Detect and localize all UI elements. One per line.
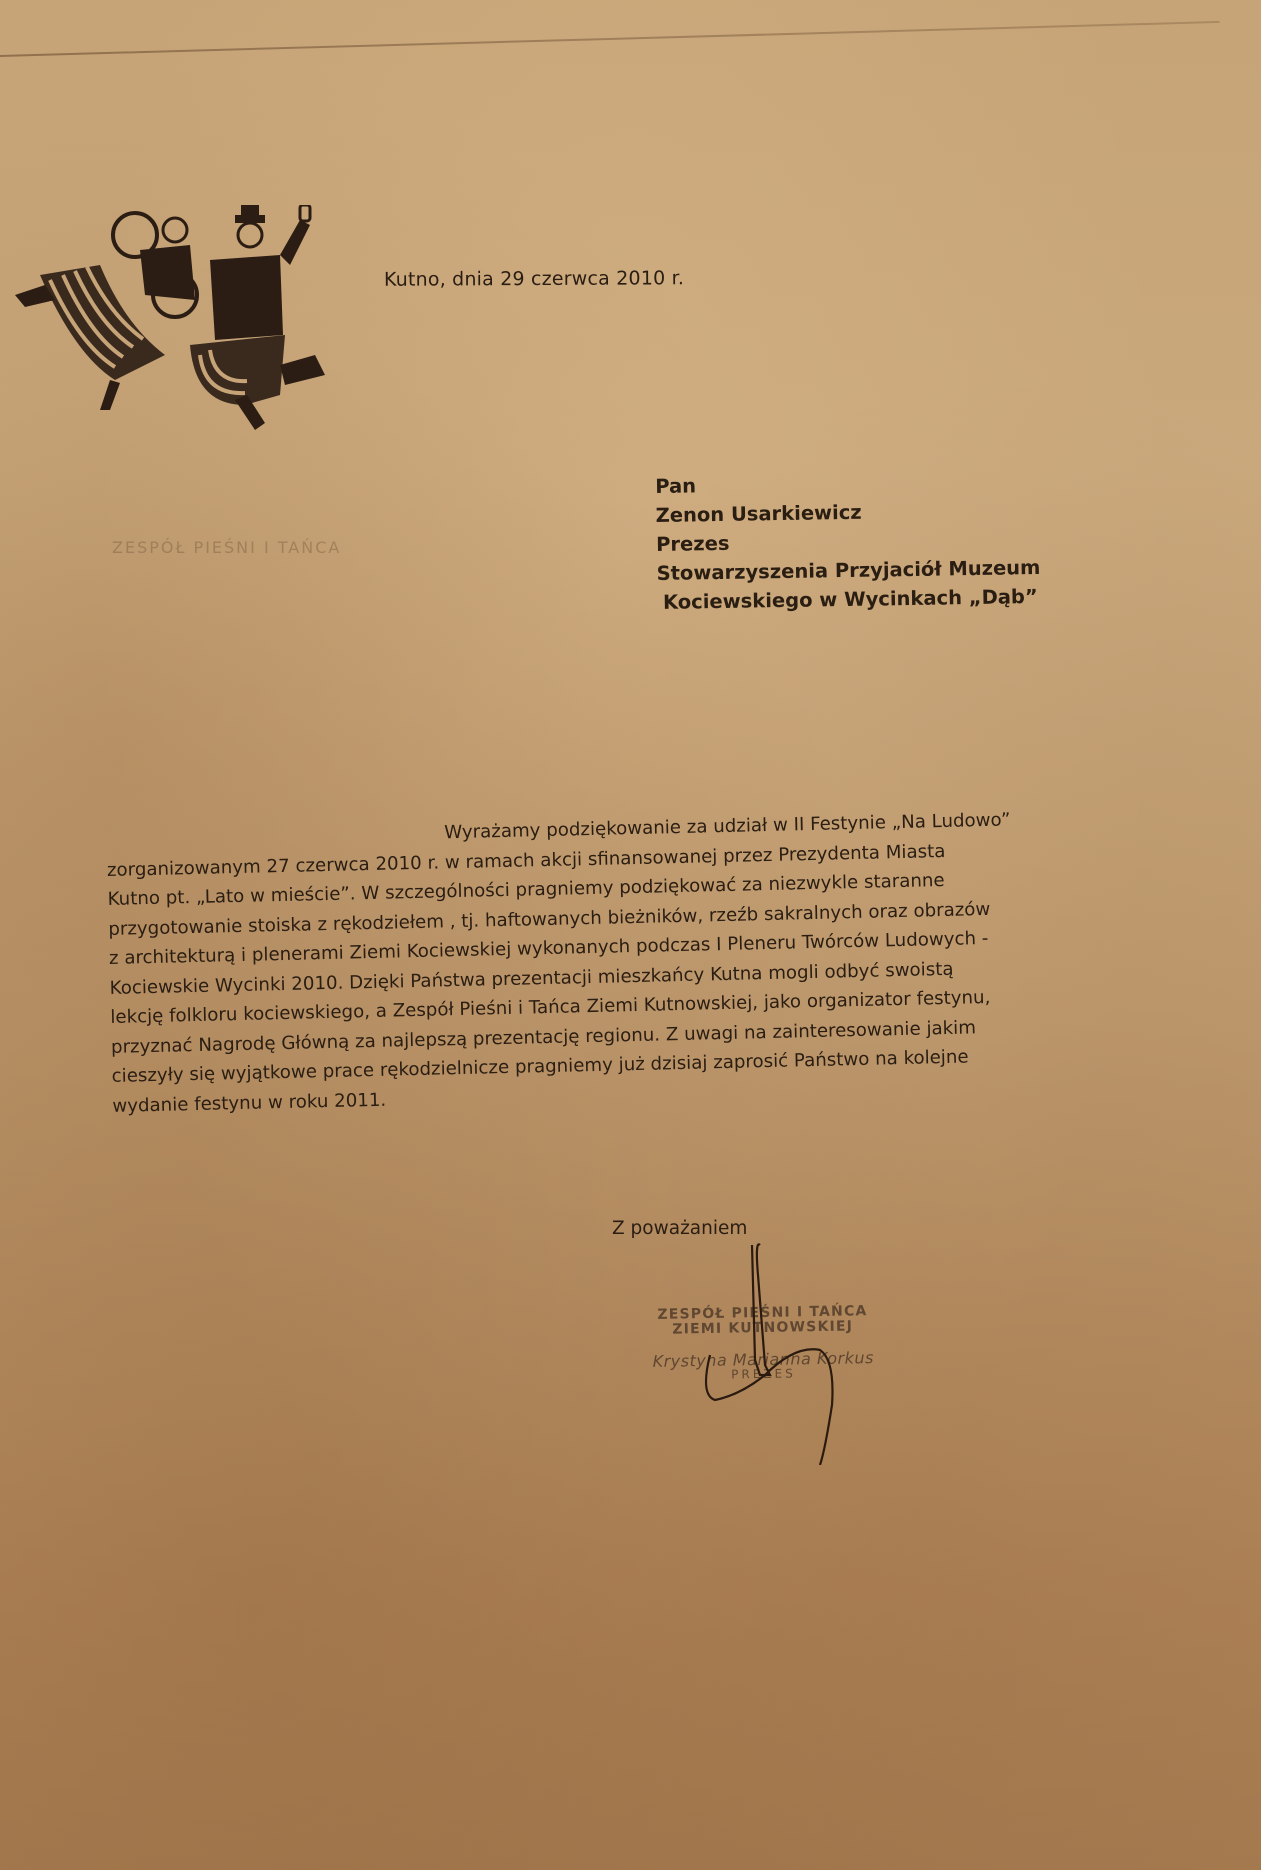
recipient-organization-line2: Kociewskiego w Wycinkach „Dąb” <box>663 582 1041 617</box>
place-and-date: Kutno, dnia 29 czerwca 2010 r. <box>384 267 684 291</box>
recipient-block: Pan Zenon Usarkiewicz Prezes Stowarzysze… <box>655 466 1041 617</box>
folk-dancers-logo <box>15 205 395 495</box>
letter-body: Wyrażamy podziękowanie za udział w II Fe… <box>106 804 1072 1121</box>
faded-letterhead: ZESPÓŁ PIEŚNI I TAŃCA <box>112 538 341 557</box>
handwritten-signature-icon <box>620 1235 880 1465</box>
paper-fold-line <box>0 21 1220 57</box>
